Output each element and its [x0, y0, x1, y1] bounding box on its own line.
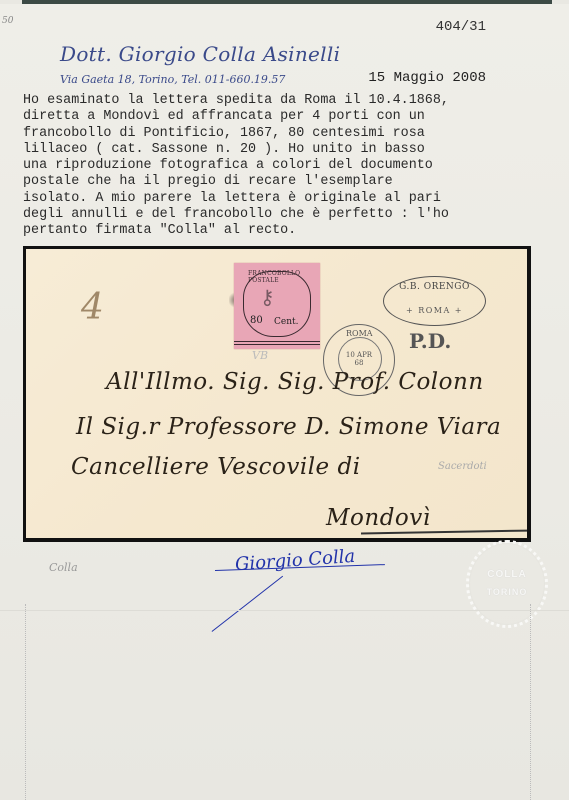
postage-stamp: FRANCOBOLLO POSTALE ⚷ 80 Cent. [234, 263, 320, 349]
fold-line [0, 610, 569, 611]
letterhead-address: Via Gaeta 18, Torino, Tel. 011-660.19.57 [60, 73, 285, 86]
body-line: degli annulli e del francobollo che è pe… [23, 207, 493, 223]
certificate-sheet: 50 404/31 Dott. Giorgio Colla Asinelli V… [0, 4, 569, 800]
postal-cover: 4 FRANCOBOLLO POSTALE ⚷ 80 Cent. VB G.B.… [26, 249, 527, 538]
body-line: pertanto firmata "Colla" al recto. [23, 223, 493, 239]
certificate-body: Ho esaminato la lettera spedita da Roma … [23, 93, 493, 240]
perforation-left [25, 604, 27, 800]
cachet-line-2: + ROMA + [384, 306, 485, 315]
address-line: Il Sig.r Professore D. Simone Viara [76, 414, 501, 440]
body-line: lillaceo ( cat. Sassone n. 20 ). Ho unit… [23, 142, 493, 158]
stamp-frame-line [234, 341, 320, 342]
emboss-line-2: TORINO [469, 587, 545, 597]
pencil-mark: VB [252, 349, 268, 362]
address-line: All'Illmo. Sig. Sig. Prof. Colonn [106, 369, 484, 395]
body-line: diretta a Mondovì ed affrancata per 4 po… [23, 109, 493, 125]
pencil-note: Colla [49, 561, 78, 574]
stamp-unit: Cent. [274, 317, 299, 327]
perforation-right [530, 604, 532, 800]
cds-date: 10 APR 68 [342, 351, 376, 367]
expert-signature: Giorgio Colla [234, 546, 355, 575]
cachet-line-1: G.B. ORENGO [384, 282, 485, 292]
corner-pencil-mark: 50 [2, 16, 13, 26]
cover-photo-frame: 4 FRANCOBOLLO POSTALE ⚷ 80 Cent. VB G.B.… [23, 246, 531, 542]
body-line: Ho esaminato la lettera spedita da Roma … [23, 93, 493, 109]
body-line: isolato. A mio parere la lettera è origi… [23, 191, 493, 207]
stamp-frame-line [234, 344, 320, 345]
pd-mark: P.D. [409, 329, 451, 353]
stamp-value: 80 [250, 315, 263, 326]
signature-stroke [212, 576, 284, 633]
body-line: francobollo di Pontificio, 1867, 80 cent… [23, 126, 493, 142]
crossed-keys-icon: ⚷ [260, 285, 275, 309]
reference-number: 404/31 [436, 19, 486, 35]
letterhead-name: Dott. Giorgio Colla Asinelli [60, 42, 340, 66]
certificate-date: 15 Maggio 2008 [368, 70, 486, 86]
embossed-seal: COLLA TORINO [466, 540, 548, 628]
rate-mark: 4 [81, 287, 104, 328]
pencil-signature: Sacerdoti [438, 461, 487, 472]
body-line: postale che ha il pregio di recare l'ese… [23, 174, 493, 190]
address-line: Cancelliere Vescovile di [71, 454, 361, 480]
emboss-line-1: COLLA [469, 569, 545, 580]
oval-cachet: G.B. ORENGO + ROMA + [383, 276, 486, 326]
body-line: una riproduzione fotografica a colori de… [23, 158, 493, 174]
stamp-inscription: FRANCOBOLLO POSTALE [248, 270, 320, 284]
address-line-town: Mondovì [326, 505, 431, 531]
